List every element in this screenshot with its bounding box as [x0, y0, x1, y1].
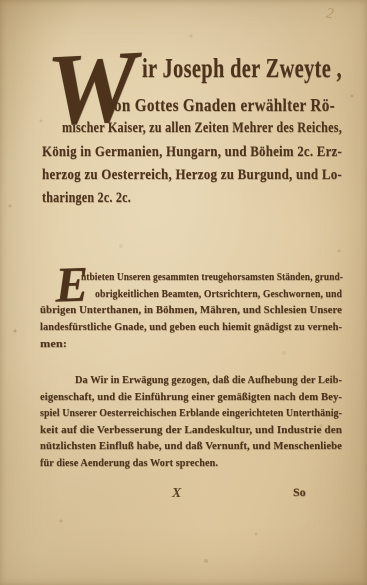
- heading-line: von Gottes Gnaden erwählter Rö-: [106, 95, 335, 116]
- body-line: spiel Unserer Oesterreichischen Erblande…: [40, 407, 342, 419]
- body-line: Da Wir in Erwägung gezogen, daß die Aufh…: [75, 374, 342, 386]
- document-page: 2 W ir Joseph der Zweyte , von Gottes Gn…: [0, 0, 367, 585]
- body-line: keit auf die Verbesserung der Landeskult…: [40, 424, 342, 436]
- handwritten-corner-mark: 2: [325, 6, 335, 24]
- drop-cap-e: E: [54, 263, 89, 304]
- heading-line: herzog zu Oesterreich, Herzog zu Burgund…: [42, 167, 342, 184]
- salutation-line: obrigkeitlichen Beamten, Ortsrichtern, G…: [95, 288, 342, 300]
- body-line: nützlichsten Einfluß habe, und daß Vernu…: [40, 440, 342, 452]
- body-line: für diese Aenderung das Wort sprechen.: [40, 457, 218, 469]
- drop-cap-w: W: [45, 46, 140, 132]
- salutation-line: men:: [40, 338, 67, 350]
- heading-line: ir Joseph der Zweyte ,: [142, 53, 342, 84]
- paper-speckles: [0, 0, 2, 2]
- salutation-line: übrigen Unterthanen, in Böhmen, Mähren, …: [40, 304, 342, 316]
- heading-line: mischer Kaiser, zu allen Zeiten Mehrer d…: [62, 120, 342, 137]
- signature-mark: X: [172, 486, 181, 502]
- salutation-line: ntbieten Unseren gesammten treugehorsams…: [81, 271, 343, 283]
- heading-line: König in Germanien, Hungarn, und Böheim …: [42, 144, 342, 161]
- heading-line: tharingen 2c. 2c.: [42, 190, 131, 207]
- salutation-line: landesfürstliche Gnade, und geben euch h…: [40, 321, 342, 333]
- catchword: So: [293, 485, 306, 500]
- body-line: eigenschaft, und die Einführung einer ge…: [40, 391, 342, 403]
